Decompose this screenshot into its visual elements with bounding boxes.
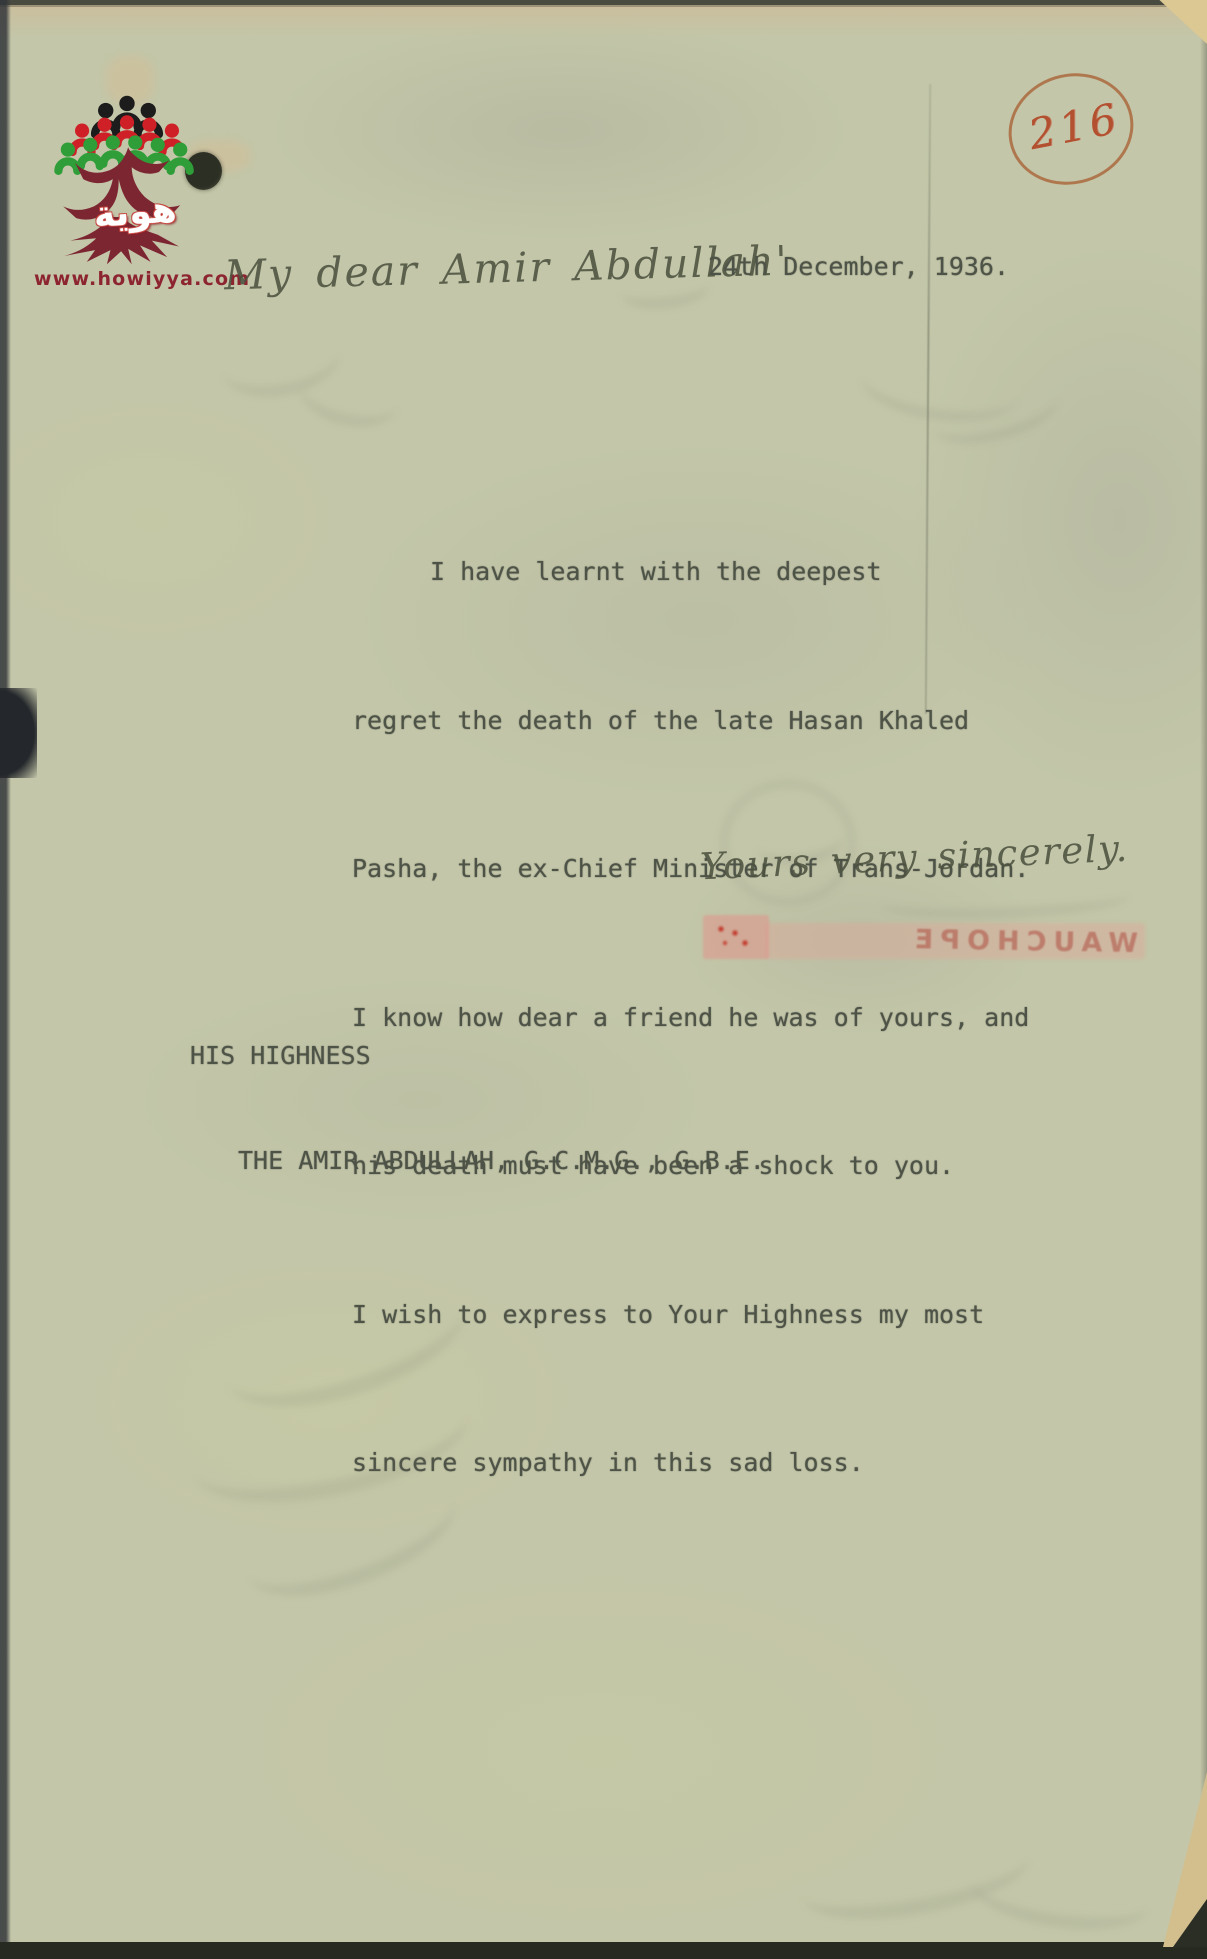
page-number-text: 216 [1025, 94, 1125, 160]
date-text: 24th December, 1936. [708, 252, 1009, 281]
recipient-block: HIS HIGHNESS THE AMIR ABDULLAH, G.C.M.G.… [190, 968, 765, 1248]
body-line: I have learnt with the deepest [352, 547, 1072, 597]
ghost-handwriting [180, 1270, 600, 1600]
body-line: regret the death of the late Hasan Khale… [352, 696, 1072, 746]
page-number-annotation: 216 [995, 58, 1148, 200]
howiyya-tree-icon [42, 94, 212, 269]
stamp-mirrored-text: WAUCHOPE [783, 922, 1138, 959]
ghost-stamp-circle [700, 770, 910, 905]
stamp-red-mark [703, 915, 769, 959]
howiyya-watermark: هوية www.howiyya.com [30, 86, 230, 301]
top-tan-strip [0, 5, 1207, 37]
watermark-arabic-name: هوية [79, 188, 192, 237]
ghost-mark [210, 295, 420, 445]
left-clip-shadow [0, 688, 37, 778]
ghost-handwriting [790, 1820, 1180, 1940]
watermark-url: www.howiyya.com [34, 268, 230, 290]
scanned-letter-page: هوية www.howiyya.com 216 My dear Amir Ab… [0, 0, 1207, 1959]
ghost-mark [880, 872, 1145, 922]
recipient-line1: HIS HIGHNESS [190, 1038, 765, 1073]
right-edge-shadow [1200, 0, 1207, 1959]
ghost-mark [620, 262, 715, 307]
recipient-line2: THE AMIR ABDULLAH, G.C.M.G., G.B.E. [190, 1143, 765, 1178]
bottom-edge-shadow [0, 1942, 1207, 1959]
ghost-mark [840, 330, 1090, 445]
left-edge-shadow [0, 0, 11, 1959]
